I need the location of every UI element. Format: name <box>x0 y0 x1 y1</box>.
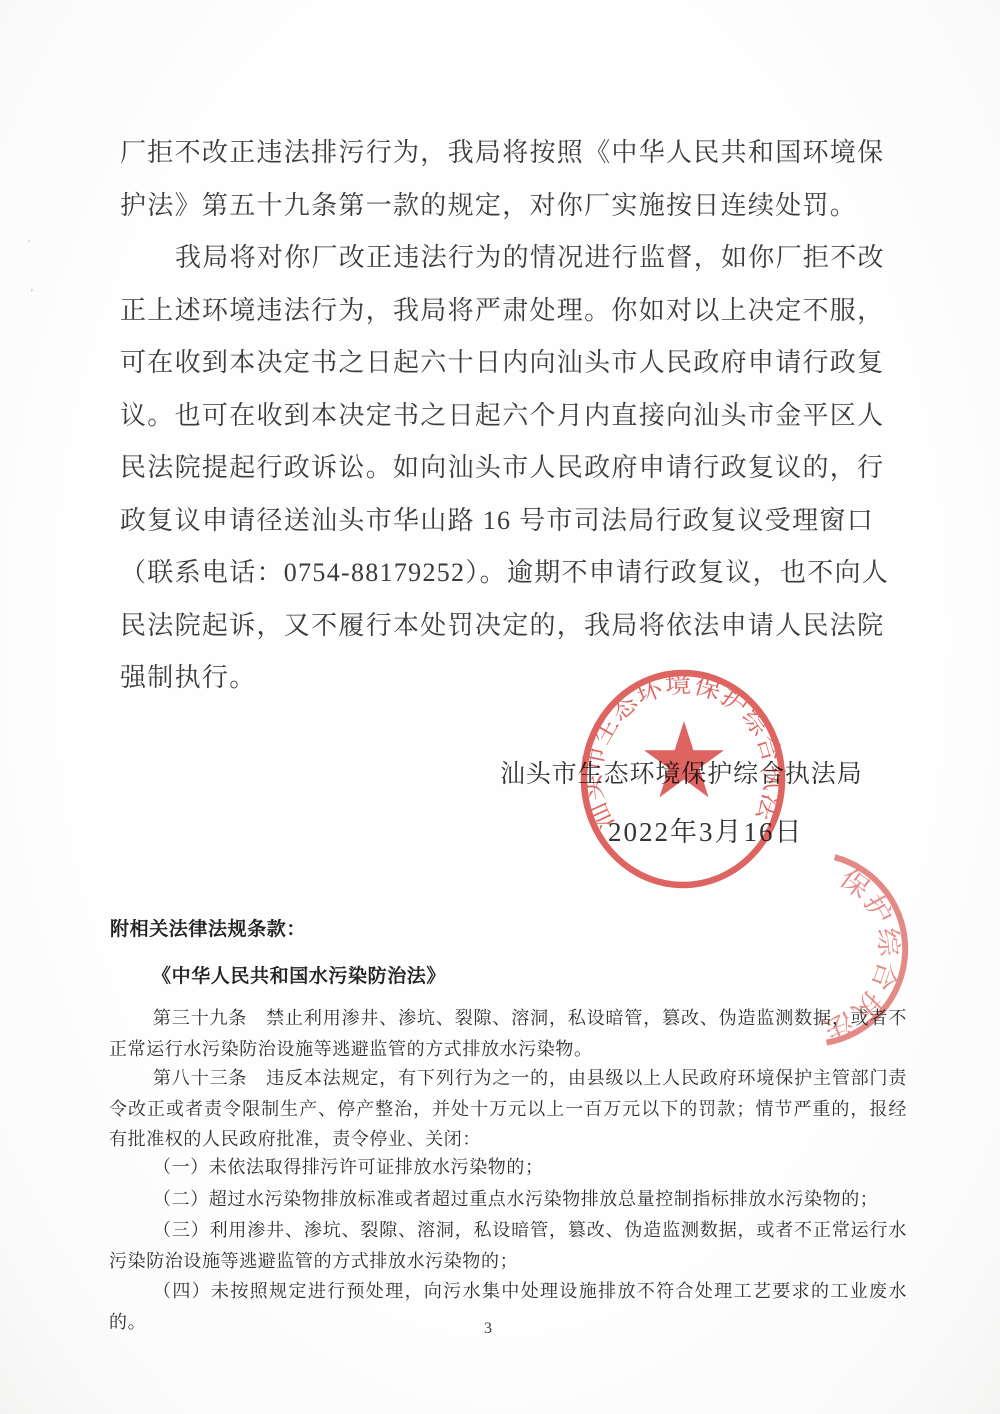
decision-body-text: 厂拒不改正违法排污行为，我局将按照《中华人民共和国环境保 护法》第五十九条第一款… <box>120 127 892 705</box>
appendix-article-83: 第八十三条 违反本法规定，有下列行为之一的，由县级以上人民政府环境保护主管部门责… <box>109 1063 907 1155</box>
body-line: 护法》第五十九条第一款的规定，对你厂实施按日连续处罚。 <box>120 180 892 233</box>
body-line: 可在收到本决定书之日起六十日内向汕头市人民政府申请行政复 <box>120 337 892 390</box>
scan-artifact: ’ <box>27 238 31 250</box>
body-line: 议。也可在收到本决定书之日起六个月内直接向汕头市金平区人 <box>120 390 892 443</box>
body-line: 强制执行。 <box>120 652 892 705</box>
scan-artifact: ‚ <box>30 281 34 293</box>
appendix-item-3: （三）利用渗井、渗坑、裂隙、溶洞，私设暗管，篡改、伪造监测数据，或者不正常运行水… <box>109 1215 907 1276</box>
body-line: （联系电话：0754-88179252）。逾期不申请行政复议，也不向人 <box>120 547 892 600</box>
appendix-item-1: （一）未依法取得排污许可证排放水污染物的； <box>109 1152 907 1183</box>
body-line: 厂拒不改正违法排污行为，我局将按照《中华人民共和国环境保 <box>120 127 892 180</box>
appendix-item-4: （四）未按照规定进行预处理，向污水集中处理设施排放不符合处理工艺要求的工业废水的… <box>109 1276 907 1337</box>
body-line: 我局将对你厂改正违法行为的情况进行监督，如你厂拒不改 <box>120 232 892 285</box>
body-line: 民法院提起行政诉讼。如向汕头市人民政府申请行政复议的，行 <box>120 442 892 495</box>
body-line: 民法院起诉，又不履行本处罚决定的，我局将依法申请人民法院 <box>120 600 892 653</box>
appendix-heading: 附相关法律法规条款： <box>110 915 908 946</box>
body-line: 正上述环境违法行为，我局将严肃处理。你如对以上决定不服， <box>120 285 892 338</box>
appendix-item-2: （二）超过水污染物排放标准或者超过重点水污染物排放总量控制指标排放水污染物的； <box>109 1184 907 1215</box>
appendix-law-title: 《中华人民共和国水污染防治法》 <box>152 962 950 993</box>
decision-date: 2022年3月16日 <box>608 810 804 849</box>
scanned-document-page: 厂拒不改正违法排污行为，我局将按照《中华人民共和国环境保 护法》第五十九条第一款… <box>0 0 1000 1414</box>
page-number: 3 <box>478 1320 498 1338</box>
issuing-agency-signature: 汕头市生态环境保护综合执法局 <box>500 754 863 790</box>
body-line: 政复议申请径送汕头市华山路 16 号市司法局行政复议受理窗口 <box>120 495 892 548</box>
appendix-article-39: 第三十九条 禁止利用渗井、渗坑、裂隙、溶洞，私设暗管，篡改、伪造监测数据，或者不… <box>109 1003 907 1064</box>
